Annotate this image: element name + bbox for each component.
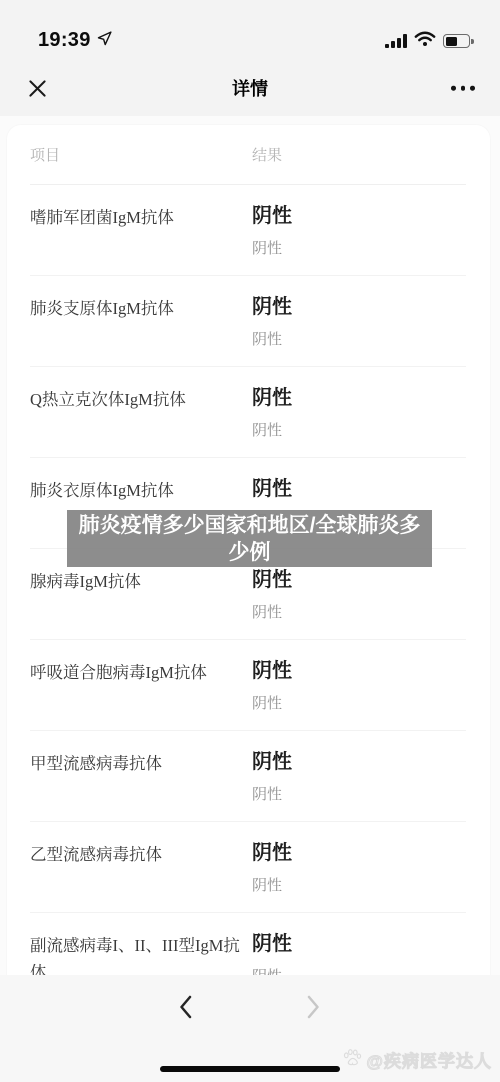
status-time-group: 19:39 — [38, 29, 113, 52]
nav-bar: 详情 — [0, 60, 500, 116]
test-result-reference: 阴性 — [252, 965, 466, 975]
status-bar: 19:39 — [0, 0, 500, 60]
table-row: 呼吸道合胞病毒IgM抗体 阴性 阴性 — [30, 640, 466, 731]
caption-overlay: 肺炎疫情多少国家和地区/全球肺炎多少例 — [67, 510, 432, 567]
screen: 19:39 — [0, 0, 500, 1082]
test-result-group: 阴性 阴性 — [252, 841, 466, 912]
test-item-name: 乙型流感病毒抗体 — [30, 841, 252, 912]
cellular-signal-icon — [385, 34, 407, 48]
table-row: 甲型流感病毒抗体 阴性 阴性 — [30, 731, 466, 822]
test-result-group: 阴性 阴性 — [252, 204, 466, 275]
test-result-value: 阴性 — [252, 841, 466, 865]
test-item-name: 肺炎支原体IgM抗体 — [30, 295, 252, 366]
test-item-name: 甲型流感病毒抗体 — [30, 750, 252, 821]
test-result-group: 阴性 阴性 — [252, 932, 466, 975]
table-body: 嗜肺军团菌IgM抗体 阴性 阴性 肺炎支原体IgM抗体 阴性 阴性 Q热立克次体… — [30, 185, 466, 975]
test-result-reference: 阴性 — [252, 237, 466, 258]
test-result-reference: 阴性 — [252, 874, 466, 895]
table-row: 肺炎支原体IgM抗体 阴性 阴性 — [30, 276, 466, 367]
test-result-reference: 阴性 — [252, 692, 466, 713]
column-header-result: 结果 — [252, 144, 466, 165]
test-result-value: 阴性 — [252, 386, 466, 410]
test-result-group: 阴性 阴性 — [252, 386, 466, 457]
home-indicator[interactable] — [160, 1066, 340, 1072]
test-result-reference: 阴性 — [252, 601, 466, 622]
watermark-text: @疾病医学达人 — [366, 1047, 492, 1072]
test-result-group: 阴性 阴性 — [252, 659, 466, 730]
table-row: Q热立克次体IgM抗体 阴性 阴性 — [30, 367, 466, 458]
table-row: 乙型流感病毒抗体 阴性 阴性 — [30, 822, 466, 913]
paw-icon — [342, 1048, 362, 1071]
test-result-reference: 阴性 — [252, 419, 466, 440]
page-title: 详情 — [0, 75, 500, 101]
forward-chevron-icon[interactable] — [298, 992, 328, 1022]
test-item-name: 副流感病毒I、II、III型IgM抗体 — [30, 932, 252, 975]
test-result-group: 阴性 阴性 — [252, 568, 466, 639]
test-result-group: 阴性 阴性 — [252, 750, 466, 821]
wifi-icon — [414, 30, 436, 52]
table-header-row: 项目 结果 — [30, 125, 466, 185]
status-icons-group — [385, 30, 470, 52]
battery-icon — [443, 34, 470, 48]
more-options-icon[interactable] — [449, 80, 477, 97]
back-chevron-icon[interactable] — [170, 992, 200, 1022]
test-result-group: 阴性 阴性 — [252, 295, 466, 366]
test-result-value: 阴性 — [252, 932, 466, 956]
column-header-item: 项目 — [30, 144, 252, 165]
bottom-toolbar: @疾病医学达人 — [0, 975, 500, 1082]
top-chrome: 19:39 — [0, 0, 500, 116]
table-row: 嗜肺军团菌IgM抗体 阴性 阴性 — [30, 185, 466, 276]
test-item-name: 呼吸道合胞病毒IgM抗体 — [30, 659, 252, 730]
watermark: @疾病医学达人 — [342, 1047, 492, 1072]
test-result-value: 阴性 — [252, 477, 466, 501]
test-item-name: Q热立克次体IgM抗体 — [30, 386, 252, 457]
table-row: 副流感病毒I、II、III型IgM抗体 阴性 阴性 — [30, 913, 466, 975]
test-item-name: 嗜肺军团菌IgM抗体 — [30, 204, 252, 275]
test-result-reference: 阴性 — [252, 328, 466, 349]
test-item-name: 腺病毒IgM抗体 — [30, 568, 252, 639]
test-result-value: 阴性 — [252, 204, 466, 228]
test-result-reference: 阴性 — [252, 783, 466, 804]
test-result-value: 阴性 — [252, 295, 466, 319]
test-result-value: 阴性 — [252, 659, 466, 683]
test-result-value: 阴性 — [252, 568, 466, 592]
location-arrow-icon — [96, 30, 113, 52]
test-result-value: 阴性 — [252, 750, 466, 774]
clock: 19:39 — [38, 29, 91, 52]
